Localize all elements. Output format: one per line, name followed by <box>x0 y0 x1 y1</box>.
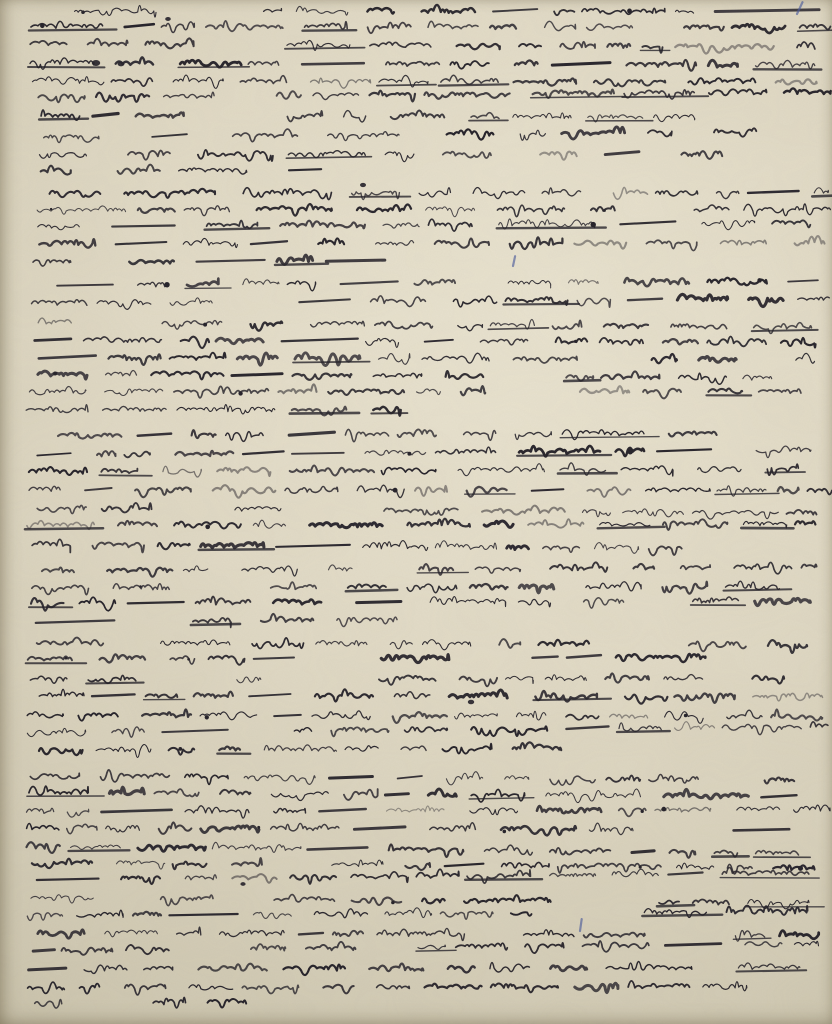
manuscript-page: Full page of dense illegible cursive han… <box>0 0 832 1024</box>
paper-grain-texture <box>0 0 832 1024</box>
handwriting-ink-layer <box>0 0 832 1024</box>
